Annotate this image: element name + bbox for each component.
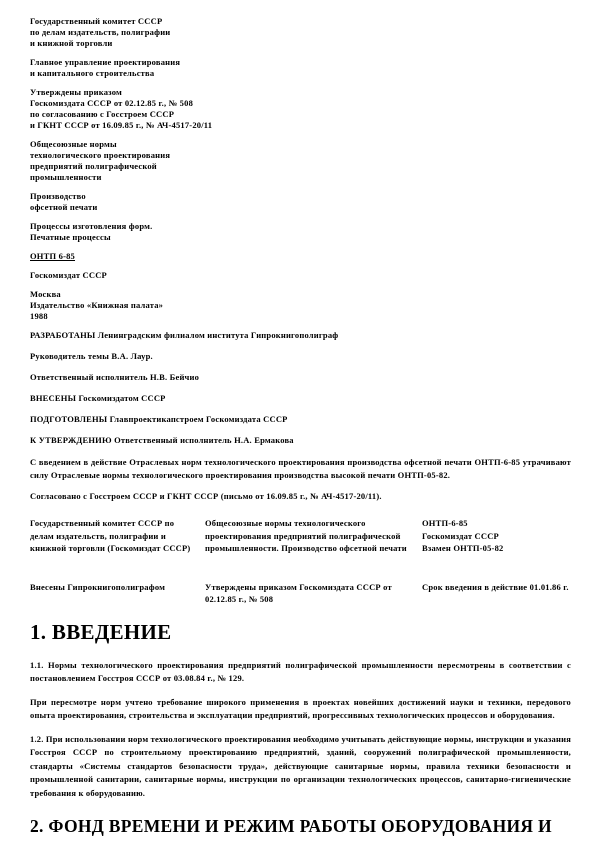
paragraph-1-1: 1.1. Нормы технологического проектирован… [30,659,571,686]
committee-name-block: Государственный комитет СССР по делам из… [30,16,571,49]
table-cell-committee: Государственный комитет СССР по делам из… [30,517,193,555]
document-page: Государственный комитет СССР по делам из… [0,0,595,842]
norms-title-block: Общесоюзные нормы технологического проек… [30,139,571,183]
issuing-body: Госкомиздат СССР [30,270,571,281]
approval-executor-line: К УТВЕРЖДЕНИЮ Ответственный исполнитель … [30,435,571,445]
responsible-executor-line: Ответственный исполнитель Н.В. Бейчио [30,372,571,382]
paragraph-1-1-continued: При пересмотре норм учтено требование ши… [30,696,571,723]
table-cell-effective-date: Срок введения в действие 01.01.86 г. [422,581,571,606]
table-cell-doc-ref: ОНТП-6-85 Госкомиздат СССР Взамен ОНТП-0… [422,517,571,555]
doc-number: ОНТП 6-85 [30,251,571,262]
main-department-block: Главное управление проектирования и капи… [30,57,571,79]
prepared-by-line: ПОДГОТОВЛЕНЫ Главпроектикапстроем Госком… [30,414,571,424]
section-2-heading: 2. ФОНД ВРЕМЕНИ И РЕЖИМ РАБОТЫ ОБОРУДОВА… [30,816,571,837]
topic-leader-line: Руководитель темы В.А. Лаур. [30,351,571,361]
agreement-note: Согласовано с Госстроем СССР и ГКНТ СССР… [30,490,571,503]
submitted-by-line: ВНЕСЕНЫ Госкомиздатом СССР [30,393,571,403]
imprint-block: Москва Издательство «Книжная палата» 198… [30,289,571,322]
processes-block: Процессы изготовления форм. Печатные про… [30,221,571,243]
section-1-heading: 1. ВВЕДЕНИЕ [30,620,571,645]
supersession-note: С введением в действие Отраслевых норм т… [30,456,571,482]
document-info-table: Государственный комитет СССР по делам из… [30,517,571,606]
table-cell-submitted-by: Внесены Гипрокнигополиграфом [30,581,193,606]
approval-order-block: Утверждены приказом Госкомиздата СССР от… [30,87,571,131]
table-cell-approved-by: Утверждены приказом Госкомиздата СССР от… [205,581,410,606]
developed-by-line: РАЗРАБОТАНЫ Ленинградским филиалом инсти… [30,330,571,340]
production-type-block: Производство офсетной печати [30,191,571,213]
paragraph-1-2: 1.2. При использовании норм технологичес… [30,733,571,801]
table-cell-norms-title: Общесоюзные нормы технологического проек… [205,517,410,555]
